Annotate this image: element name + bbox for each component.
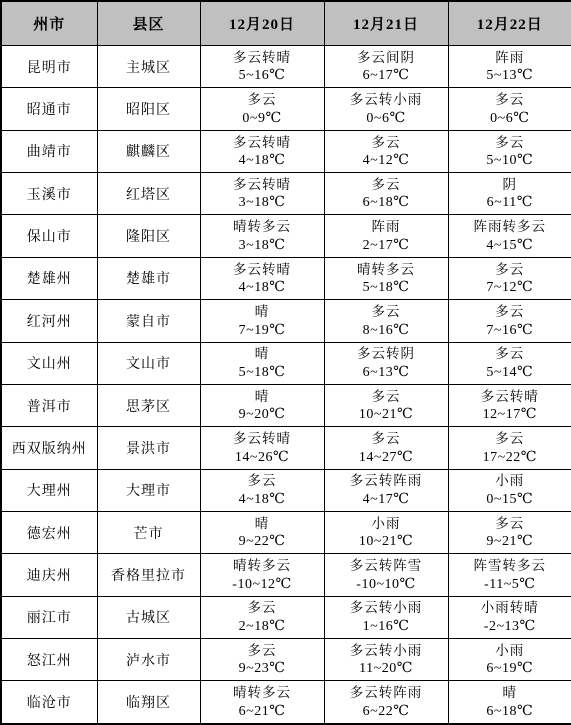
temp-range-text: -11~5℃ [449, 576, 571, 594]
table-row: 大理州 大理市 多云 4~18℃ 多云转阵雨 4~17℃ 小雨 0~15℃ [1, 469, 571, 511]
header-date-dec21: 12月21日 [324, 1, 448, 46]
temp-range-text: -10~10℃ [325, 576, 448, 594]
forecast-cell-dec20: 多云 0~9℃ [200, 88, 324, 130]
weather-text: 多云转阵雪 [325, 556, 448, 576]
forecast-cell-dec22: 小雨 6~19℃ [448, 639, 571, 681]
weather-text: 多云 [449, 302, 571, 322]
forecast-cell-dec21: 多云 10~21℃ [324, 384, 448, 426]
weather-text: 多云 [201, 471, 324, 491]
weather-text: 多云 [449, 133, 571, 153]
table-row: 临沧市 临翔区 晴转多云 6~21℃ 多云转阵雨 6~22℃ 晴 6~18℃ [1, 681, 571, 724]
weather-text: 晴转多云 [201, 556, 324, 576]
temp-range-text: 6~21℃ [201, 703, 324, 721]
forecast-cell-dec22: 小雨 0~15℃ [448, 469, 571, 511]
header-date-dec20: 12月20日 [200, 1, 324, 46]
temp-range-text: 6~18℃ [449, 703, 571, 721]
weather-text: 多云 [325, 387, 448, 407]
prefecture-cell: 西双版纳州 [1, 427, 97, 469]
forecast-cell-dec20: 多云 9~23℃ [200, 639, 324, 681]
forecast-cell-dec20: 多云转晴 4~18℃ [200, 257, 324, 299]
temp-range-text: 2~17℃ [325, 237, 448, 255]
temp-range-text: 6~18℃ [325, 194, 448, 212]
weather-text: 多云 [201, 641, 324, 661]
forecast-cell-dec20: 晴转多云 6~21℃ [200, 681, 324, 724]
district-cell: 昭阳区 [97, 88, 200, 130]
weather-text: 小雨 [449, 471, 571, 491]
forecast-cell-dec20: 多云转晴 5~16℃ [200, 46, 324, 88]
temp-range-text: 14~27℃ [325, 449, 448, 467]
forecast-cell-dec20: 多云转晴 4~18℃ [200, 130, 324, 172]
forecast-cell-dec22: 多云 7~16℃ [448, 300, 571, 342]
district-cell: 楚雄市 [97, 257, 200, 299]
prefecture-cell: 文山州 [1, 342, 97, 384]
temp-range-text: 14~26℃ [201, 449, 324, 467]
district-cell: 思茅区 [97, 384, 200, 426]
prefecture-cell: 楚雄州 [1, 257, 97, 299]
prefecture-cell: 怒江州 [1, 639, 97, 681]
forecast-cell-dec21: 多云 6~18℃ [324, 173, 448, 215]
district-cell: 主城区 [97, 46, 200, 88]
table-row: 昭通市 昭阳区 多云 0~9℃ 多云转小雨 0~6℃ 多云 0~6℃ [1, 88, 571, 130]
temp-range-text: 12~17℃ [449, 406, 571, 424]
weather-text: 多云转小雨 [325, 598, 448, 618]
temp-range-text: 9~21℃ [449, 533, 571, 551]
table-row: 楚雄州 楚雄市 多云转晴 4~18℃ 晴转多云 5~18℃ 多云 7~12℃ [1, 257, 571, 299]
weather-text: 多云转晴 [201, 175, 324, 195]
forecast-cell-dec21: 多云间阴 6~17℃ [324, 46, 448, 88]
temp-range-text: 10~21℃ [325, 406, 448, 424]
forecast-cell-dec21: 多云转阵雨 6~22℃ [324, 681, 448, 724]
forecast-cell-dec22: 多云 5~14℃ [448, 342, 571, 384]
prefecture-cell: 临沧市 [1, 681, 97, 724]
temp-range-text: 9~22℃ [201, 533, 324, 551]
prefecture-cell: 大理州 [1, 469, 97, 511]
forecast-cell-dec21: 小雨 10~21℃ [324, 511, 448, 553]
weather-text: 多云 [201, 598, 324, 618]
forecast-cell-dec20: 多云转晴 3~18℃ [200, 173, 324, 215]
weather-text: 阵雪转多云 [449, 556, 571, 576]
weather-text: 多云 [449, 514, 571, 534]
temp-range-text: 4~17℃ [325, 491, 448, 509]
forecast-cell-dec21: 多云 14~27℃ [324, 427, 448, 469]
weather-text: 多云 [325, 175, 448, 195]
weather-text: 多云转阵雨 [325, 683, 448, 703]
prefecture-cell: 昭通市 [1, 88, 97, 130]
temp-range-text: 4~18℃ [201, 152, 324, 170]
weather-text: 晴 [449, 683, 571, 703]
temp-range-text: -10~12℃ [201, 576, 324, 594]
temp-range-text: 0~6℃ [449, 110, 571, 128]
forecast-cell-dec20: 晴转多云 -10~12℃ [200, 554, 324, 596]
temp-range-text: 7~12℃ [449, 279, 571, 297]
forecast-cell-dec22: 多云 5~10℃ [448, 130, 571, 172]
weather-text: 晴转多云 [201, 217, 324, 237]
forecast-table-body: 昆明市 主城区 多云转晴 5~16℃ 多云间阴 6~17℃ 阵雨 5~13℃ 昭… [1, 46, 571, 725]
weather-text: 多云 [449, 429, 571, 449]
prefecture-cell: 丽江市 [1, 596, 97, 638]
table-header: 州市 县区 12月20日 12月21日 12月22日 [1, 1, 571, 46]
temp-range-text: 5~13℃ [449, 67, 571, 85]
temp-range-text: 9~23℃ [201, 660, 324, 678]
weather-text: 阵雨 [325, 217, 448, 237]
forecast-cell-dec20: 晴转多云 3~18℃ [200, 215, 324, 257]
weather-text: 多云转阵雨 [325, 471, 448, 491]
weather-text: 多云间阴 [325, 48, 448, 68]
forecast-cell-dec20: 晴 9~20℃ [200, 384, 324, 426]
table-row: 曲靖市 麒麟区 多云转晴 4~18℃ 多云 4~12℃ 多云 5~10℃ [1, 130, 571, 172]
forecast-cell-dec20: 晴 7~19℃ [200, 300, 324, 342]
weather-text: 多云 [325, 133, 448, 153]
forecast-cell-dec20: 多云 2~18℃ [200, 596, 324, 638]
forecast-cell-dec21: 多云 8~16℃ [324, 300, 448, 342]
temp-range-text: 17~22℃ [449, 449, 571, 467]
temp-range-text: 5~10℃ [449, 152, 571, 170]
forecast-cell-dec21: 多云转阴 6~13℃ [324, 342, 448, 384]
temp-range-text: 0~9℃ [201, 110, 324, 128]
temp-range-text: 3~18℃ [201, 194, 324, 212]
weather-text: 多云 [201, 90, 324, 110]
weather-forecast-page: 州市 县区 12月20日 12月21日 12月22日 昆明市 主城区 多云转晴 … [0, 0, 571, 725]
weather-text: 多云 [449, 344, 571, 364]
table-row: 普洱市 思茅区 晴 9~20℃ 多云 10~21℃ 多云转晴 12~17℃ [1, 384, 571, 426]
forecast-cell-dec22: 阵雨 5~13℃ [448, 46, 571, 88]
table-row: 红河州 蒙自市 晴 7~19℃ 多云 8~16℃ 多云 7~16℃ [1, 300, 571, 342]
weather-forecast-table: 州市 县区 12月20日 12月21日 12月22日 昆明市 主城区 多云转晴 … [0, 0, 571, 725]
forecast-cell-dec21: 多云转阵雨 4~17℃ [324, 469, 448, 511]
weather-text: 多云转晴 [449, 387, 571, 407]
district-cell: 红塔区 [97, 173, 200, 215]
temp-range-text: 6~13℃ [325, 364, 448, 382]
temp-range-text: 7~19℃ [201, 322, 324, 340]
prefecture-cell: 普洱市 [1, 384, 97, 426]
forecast-cell-dec22: 多云 17~22℃ [448, 427, 571, 469]
forecast-cell-dec20: 多云 4~18℃ [200, 469, 324, 511]
temp-range-text: 5~18℃ [325, 279, 448, 297]
district-cell: 隆阳区 [97, 215, 200, 257]
forecast-cell-dec21: 多云 4~12℃ [324, 130, 448, 172]
forecast-cell-dec22: 多云 9~21℃ [448, 511, 571, 553]
forecast-cell-dec22: 小雨转晴 -2~13℃ [448, 596, 571, 638]
temp-range-text: 11~20℃ [325, 660, 448, 678]
prefecture-cell: 保山市 [1, 215, 97, 257]
temp-range-text: 4~18℃ [201, 279, 324, 297]
forecast-cell-dec20: 多云转晴 14~26℃ [200, 427, 324, 469]
table-row: 昆明市 主城区 多云转晴 5~16℃ 多云间阴 6~17℃ 阵雨 5~13℃ [1, 46, 571, 88]
weather-text: 多云 [325, 429, 448, 449]
weather-text: 晴转多云 [201, 683, 324, 703]
weather-text: 阵雨 [449, 48, 571, 68]
district-cell: 麒麟区 [97, 130, 200, 172]
weather-text: 小雨转晴 [449, 598, 571, 618]
prefecture-cell: 红河州 [1, 300, 97, 342]
temp-range-text: 10~21℃ [325, 533, 448, 551]
forecast-cell-dec21: 多云转小雨 0~6℃ [324, 88, 448, 130]
table-row: 保山市 隆阳区 晴转多云 3~18℃ 阵雨 2~17℃ 阵雨转多云 4~15℃ [1, 215, 571, 257]
district-cell: 芒市 [97, 511, 200, 553]
table-row: 迪庆州 香格里拉市 晴转多云 -10~12℃ 多云转阵雪 -10~10℃ 阵雪转… [1, 554, 571, 596]
table-row: 怒江州 泸水市 多云 9~23℃ 多云转小雨 11~20℃ 小雨 6~19℃ [1, 639, 571, 681]
weather-text: 多云转晴 [201, 133, 324, 153]
table-row: 文山州 文山市 晴 5~18℃ 多云转阴 6~13℃ 多云 5~14℃ [1, 342, 571, 384]
forecast-cell-dec22: 阵雨转多云 4~15℃ [448, 215, 571, 257]
temp-range-text: 0~15℃ [449, 491, 571, 509]
header-prefecture: 州市 [1, 1, 97, 46]
temp-range-text: 0~6℃ [325, 110, 448, 128]
weather-text: 多云 [449, 90, 571, 110]
table-row: 玉溪市 红塔区 多云转晴 3~18℃ 多云 6~18℃ 阴 6~11℃ [1, 173, 571, 215]
forecast-cell-dec22: 阵雪转多云 -11~5℃ [448, 554, 571, 596]
header-row: 州市 县区 12月20日 12月21日 12月22日 [1, 1, 571, 46]
prefecture-cell: 昆明市 [1, 46, 97, 88]
weather-text: 多云 [325, 302, 448, 322]
weather-text: 晴 [201, 387, 324, 407]
forecast-cell-dec21: 多云转小雨 1~16℃ [324, 596, 448, 638]
temp-range-text: 1~16℃ [325, 618, 448, 636]
weather-text: 晴 [201, 514, 324, 534]
temp-range-text: 4~15℃ [449, 237, 571, 255]
forecast-cell-dec22: 晴 6~18℃ [448, 681, 571, 724]
weather-text: 小雨 [325, 514, 448, 534]
table-row: 西双版纳州 景洪市 多云转晴 14~26℃ 多云 14~27℃ 多云 17~22… [1, 427, 571, 469]
temp-range-text: 9~20℃ [201, 406, 324, 424]
forecast-cell-dec22: 多云 0~6℃ [448, 88, 571, 130]
temp-range-text: 6~22℃ [325, 703, 448, 721]
prefecture-cell: 曲靖市 [1, 130, 97, 172]
weather-text: 晴转多云 [325, 260, 448, 280]
weather-text: 多云 [449, 260, 571, 280]
temp-range-text: 5~16℃ [201, 67, 324, 85]
district-cell: 泸水市 [97, 639, 200, 681]
header-date-dec22: 12月22日 [448, 1, 571, 46]
temp-range-text: -2~13℃ [449, 618, 571, 636]
table-row: 丽江市 古城区 多云 2~18℃ 多云转小雨 1~16℃ 小雨转晴 -2~13℃ [1, 596, 571, 638]
temp-range-text: 6~17℃ [325, 67, 448, 85]
district-cell: 景洪市 [97, 427, 200, 469]
temp-range-text: 5~14℃ [449, 364, 571, 382]
prefecture-cell: 玉溪市 [1, 173, 97, 215]
temp-range-text: 6~11℃ [449, 194, 571, 212]
forecast-cell-dec21: 多云转小雨 11~20℃ [324, 639, 448, 681]
weather-text: 晴 [201, 302, 324, 322]
temp-range-text: 7~16℃ [449, 322, 571, 340]
header-district: 县区 [97, 1, 200, 46]
forecast-cell-dec21: 晴转多云 5~18℃ [324, 257, 448, 299]
prefecture-cell: 德宏州 [1, 511, 97, 553]
temp-range-text: 4~12℃ [325, 152, 448, 170]
temp-range-text: 5~18℃ [201, 364, 324, 382]
weather-text: 多云转晴 [201, 429, 324, 449]
weather-text: 晴 [201, 344, 324, 364]
temp-range-text: 4~18℃ [201, 491, 324, 509]
district-cell: 香格里拉市 [97, 554, 200, 596]
forecast-cell-dec22: 多云转晴 12~17℃ [448, 384, 571, 426]
district-cell: 蒙自市 [97, 300, 200, 342]
weather-text: 小雨 [449, 641, 571, 661]
weather-text: 阴 [449, 175, 571, 195]
prefecture-cell: 迪庆州 [1, 554, 97, 596]
district-cell: 临翔区 [97, 681, 200, 724]
weather-text: 多云转小雨 [325, 90, 448, 110]
temp-range-text: 2~18℃ [201, 618, 324, 636]
forecast-cell-dec20: 晴 5~18℃ [200, 342, 324, 384]
district-cell: 大理市 [97, 469, 200, 511]
forecast-cell-dec21: 阵雨 2~17℃ [324, 215, 448, 257]
weather-text: 多云转阴 [325, 344, 448, 364]
temp-range-text: 8~16℃ [325, 322, 448, 340]
table-row: 德宏州 芒市 晴 9~22℃ 小雨 10~21℃ 多云 9~21℃ [1, 511, 571, 553]
forecast-cell-dec20: 晴 9~22℃ [200, 511, 324, 553]
district-cell: 古城区 [97, 596, 200, 638]
weather-text: 多云转小雨 [325, 641, 448, 661]
weather-text: 多云转晴 [201, 260, 324, 280]
temp-range-text: 6~19℃ [449, 660, 571, 678]
weather-text: 阵雨转多云 [449, 217, 571, 237]
district-cell: 文山市 [97, 342, 200, 384]
forecast-cell-dec21: 多云转阵雪 -10~10℃ [324, 554, 448, 596]
forecast-cell-dec22: 阴 6~11℃ [448, 173, 571, 215]
temp-range-text: 3~18℃ [201, 237, 324, 255]
forecast-cell-dec22: 多云 7~12℃ [448, 257, 571, 299]
weather-text: 多云转晴 [201, 48, 324, 68]
